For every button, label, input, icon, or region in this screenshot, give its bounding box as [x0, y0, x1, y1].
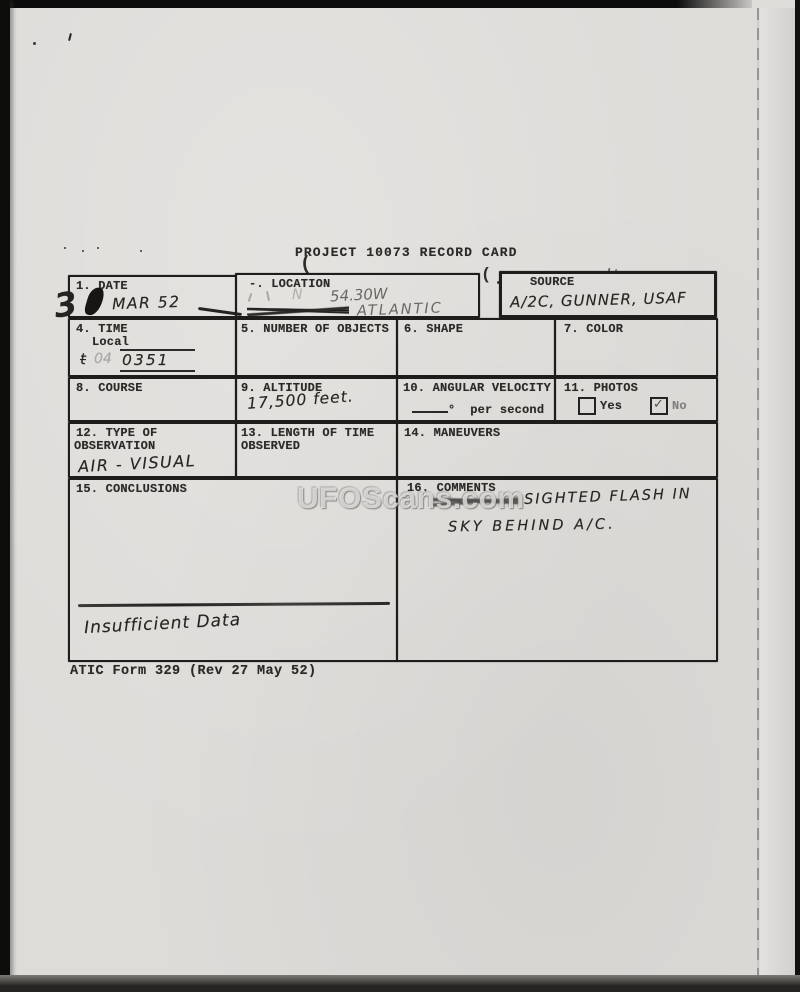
color-label: 7. COLOR [564, 323, 623, 337]
speck [68, 33, 72, 41]
hand-drawn-line [78, 602, 390, 607]
field-date: 1. DATE 3 MAR 52 [68, 275, 237, 318]
speck [97, 247, 99, 249]
location-name-handwriting: ATLANTIC [357, 301, 443, 320]
date-month-handwriting: MAR 52 [112, 293, 181, 313]
location-faint-coord: N [292, 287, 302, 303]
speck [64, 247, 66, 249]
conclusions-label: 15. CONCLUSIONS [76, 483, 187, 497]
source-label: SOURCE [530, 276, 574, 290]
location-label: -. LOCATION [249, 278, 330, 292]
type-observation-label-2: OBSERVATION [74, 440, 155, 454]
degree-symbol: ° [448, 403, 455, 417]
field-number-of-objects: 5. NUMBER OF OBJECTS [235, 318, 398, 377]
field-maneuvers: 14. MANEUVERS [396, 422, 718, 478]
photos-no-label: No [672, 400, 687, 414]
scanned-record-card: PROJECT 10073 RECORD CARD ( ( 1. DATE 3 … [0, 0, 800, 992]
photos-yes-label: Yes [600, 400, 622, 414]
paper-crease-line [757, 8, 759, 975]
length-observed-label-2: OBSERVED [241, 440, 300, 454]
form-number: ATIC Form 329 (Rev 27 May 52) [70, 665, 317, 679]
field-altitude: 9. ALTITUDE 17,500 feet. [235, 377, 398, 422]
paren-mark: ( [481, 266, 491, 285]
faint-stroke [266, 291, 270, 301]
time-faint-digits: 04 [94, 351, 112, 367]
page-title: PROJECT 10073 RECORD CARD [295, 246, 518, 260]
field-length-of-time-observed: 13. LENGTH OF TIME OBSERVED [235, 422, 398, 478]
field-photos: 11. PHOTOS Yes ✓ No [554, 377, 718, 422]
speck [82, 250, 84, 252]
scan-edge-bottom [0, 975, 800, 992]
crossed-out-word [247, 305, 349, 316]
field-time: 4. TIME Local t 04 0351 [68, 318, 237, 377]
conclusions-value-handwriting: Insufficient Data [84, 610, 242, 638]
scan-edge-top [0, 0, 752, 8]
check-icon: ✓ [653, 397, 664, 412]
objects-label: 5. NUMBER OF OBJECTS [241, 323, 389, 337]
field-color: 7. COLOR [554, 318, 718, 377]
photos-label: 11. PHOTOS [564, 382, 638, 396]
time-sublabel: Local [92, 336, 129, 350]
time-crossed-char: t [80, 350, 86, 368]
speck [33, 42, 36, 45]
time-value-handwriting: 0351 [120, 349, 195, 372]
comments-line2-handwriting: SKY BEHIND A/C. [448, 517, 616, 536]
field-type-of-observation: 12. TYPE OF OBSERVATION AIR - VISUAL [68, 422, 237, 478]
angular-velocity-label: 10. ANGULAR VELOCITY [403, 382, 551, 396]
speck [140, 250, 142, 252]
paper-edge-band [760, 8, 795, 975]
blank-underline [412, 400, 448, 413]
watermark: UFOScans.com [297, 482, 525, 516]
shape-label: 6. SHAPE [404, 323, 463, 337]
comments-line1-handwriting: SIGHTED FLASH IN [524, 486, 692, 508]
type-observation-value-handwriting: AIR - VISUAL [78, 451, 197, 476]
field-course: 8. COURSE [68, 377, 237, 422]
course-label: 8. COURSE [76, 382, 143, 396]
scan-edge-right [795, 0, 800, 992]
scan-edge-left [0, 0, 10, 992]
source-value-handwriting: A/2C, GUNNER, USAF [510, 289, 687, 312]
field-angular-velocity: 10. ANGULAR VELOCITY ​° per second [396, 377, 556, 422]
photos-yes-checkbox [578, 397, 596, 415]
maneuvers-label: 14. MANEUVERS [404, 427, 500, 441]
angular-velocity-unit: per second [470, 403, 544, 417]
field-shape: 6. SHAPE [396, 318, 556, 377]
faint-stroke [248, 293, 253, 302]
photos-no-checkbox: ✓ [650, 397, 668, 415]
field-source: SOURCE A/2C, GUNNER, USAF [499, 271, 717, 318]
field-location: -. LOCATION N 54.30W ATLANTIC [235, 273, 480, 318]
